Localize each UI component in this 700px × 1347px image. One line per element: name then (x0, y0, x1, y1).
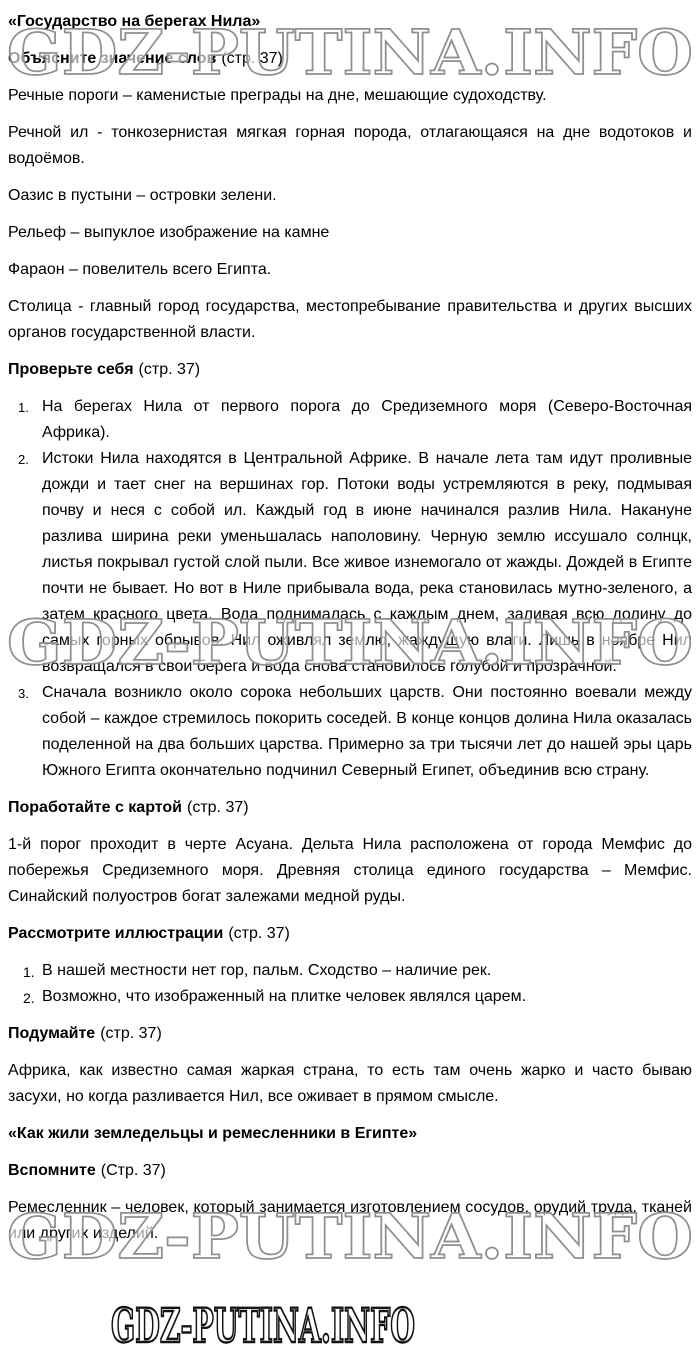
list-item-text: Возможно, что изображенный на плитке чел… (42, 988, 526, 1005)
chapter2-title: «Как жили земледельцы и ремесленники в Е… (8, 1121, 692, 1147)
definition-pharaoh: Фараон – повелитель всего Египта. (8, 257, 692, 283)
page-reference: (стр. 37) (228, 925, 290, 942)
heading-remember-label: Вспомните (8, 1162, 96, 1179)
list-item-number: 1. (23, 959, 35, 985)
definition-oasis: Оазис в пустыни – островки зелени. (8, 183, 692, 209)
list-item: 1.В нашей местности нет гор, пальм. Сход… (42, 958, 692, 984)
heading-examine-illustrations: Рассмотрите иллюстрации(стр. 37) (8, 921, 692, 947)
page-reference: (стр. 37) (221, 50, 283, 67)
definition-relief: Рельеф – выпуклое изображение на камне (8, 220, 692, 246)
heading-explain-words: Объясните значение слов(стр. 37) (8, 46, 692, 72)
heading-work-with-map: Поработайте с картой(стр. 37) (8, 795, 692, 821)
definition-river-silt: Речной ил - тонкозернистая мягкая горная… (8, 120, 692, 172)
document-page: «Государство на берегах Нила» Объясните … (0, 0, 700, 1247)
heading-think-label: Подумайте (8, 1025, 95, 1042)
illustrations-answers-list: 1.В нашей местности нет гор, пальм. Сход… (8, 958, 692, 1010)
list-item: 2.Возможно, что изображенный на плитке ч… (42, 984, 692, 1010)
think-answer-paragraph: Африка, как известно самая жаркая страна… (8, 1058, 692, 1110)
list-item-text: Сначала возникло около сорока небольших … (42, 684, 692, 779)
page-reference: (стр. 37) (139, 361, 201, 378)
list-item-text: В нашей местности нет гор, пальм. Сходст… (42, 962, 491, 979)
list-item-number: 3. (18, 681, 29, 707)
remember-answer-paragraph: Ремесленник – человек, который занимаетс… (8, 1195, 692, 1247)
watermark-text: GDZ-PUTINA.INFO (111, 1299, 415, 1347)
heading-check-yourself: Проверьте себя(стр. 37) (8, 357, 692, 383)
page-reference: (Стр. 37) (101, 1162, 166, 1179)
heading-remember: Вспомните(Стр. 37) (8, 1158, 692, 1184)
heading-check-yourself-label: Проверьте себя (8, 361, 134, 378)
definition-capital: Столица - главный город государства, мес… (8, 294, 692, 346)
heading-think: Подумайте(стр. 37) (8, 1021, 692, 1047)
definition-river-rapids: Речные пороги – каменистые преграды на д… (8, 83, 692, 109)
list-item-number: 2. (23, 985, 35, 1011)
check-answers-list: 1.На берегах Нила от первого порога до С… (8, 394, 692, 784)
heading-examine-illustrations-label: Рассмотрите иллюстрации (8, 925, 223, 942)
watermark-bottom: GDZ-PUTINA.INFO (108, 1298, 418, 1347)
list-item-number: 2. (18, 447, 29, 473)
heading-work-with-map-label: Поработайте с картой (8, 799, 182, 816)
list-item-text: На берегах Нила от первого порога до Сре… (42, 398, 692, 441)
heading-explain-words-label: Объясните значение слов (8, 50, 216, 67)
list-item-number: 1. (18, 395, 29, 421)
page-reference: (стр. 37) (187, 799, 249, 816)
page-reference: (стр. 37) (100, 1025, 162, 1042)
list-item-text: Истоки Нила находятся в Центральной Афри… (42, 450, 692, 675)
chapter1-title: «Государство на берегах Нила» (8, 9, 692, 35)
map-answer-paragraph: 1-й порог проходит в черте Асуана. Дельт… (8, 832, 692, 910)
list-item: 1.На берегах Нила от первого порога до С… (42, 394, 692, 446)
list-item: 3.Сначала возникло около сорока небольши… (42, 680, 692, 784)
list-item: 2.Истоки Нила находятся в Центральной Аф… (42, 446, 692, 680)
